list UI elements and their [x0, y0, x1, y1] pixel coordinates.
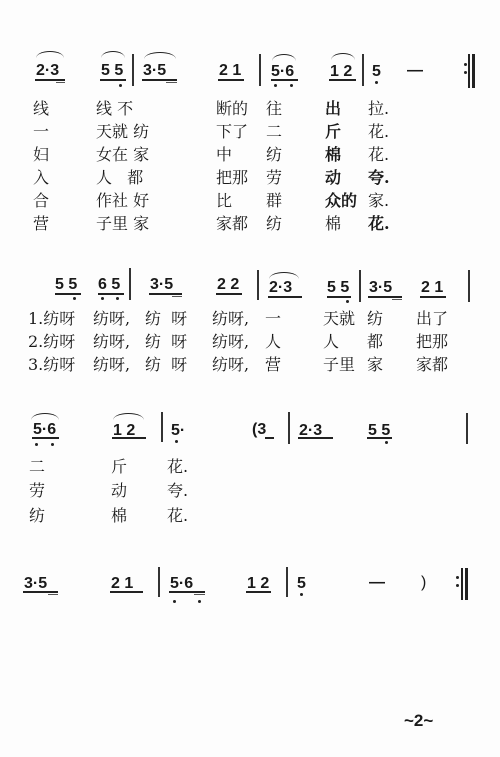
low-octave-dot [274, 84, 277, 87]
low-octave-dot [175, 440, 178, 443]
note: 5 [297, 575, 306, 593]
barline [158, 567, 160, 597]
repeat-end-barline [461, 568, 469, 600]
barline [468, 270, 470, 302]
barline [257, 270, 259, 300]
barline [129, 268, 131, 300]
repeat-dot [456, 576, 459, 579]
note-group: 2·3 [269, 279, 292, 297]
underline [194, 594, 205, 595]
underline [368, 296, 402, 298]
underline [98, 293, 124, 295]
slur [113, 413, 144, 420]
low-octave-dot [300, 593, 303, 596]
underline [329, 79, 356, 81]
underline [327, 296, 351, 298]
low-octave-dot [73, 297, 76, 300]
underline [218, 79, 244, 81]
underline [149, 293, 182, 295]
note-group: 3·5 [369, 279, 392, 297]
slur [269, 272, 299, 279]
slur [144, 52, 176, 59]
slur [272, 54, 296, 61]
low-octave-dot [198, 600, 201, 603]
underline [110, 591, 143, 593]
note-group: 3·5 [150, 276, 173, 294]
underline [392, 299, 402, 300]
low-octave-dot [35, 443, 38, 446]
underline [169, 591, 205, 593]
note-group: 2·3 [36, 62, 59, 80]
underline [367, 437, 392, 439]
page-number: ~2~ [404, 711, 433, 731]
underline [32, 437, 59, 439]
barline [132, 54, 134, 86]
dash: — [407, 62, 423, 80]
underline [246, 591, 271, 593]
low-octave-dot [385, 441, 388, 444]
underline [112, 437, 146, 439]
repeat-dot [464, 63, 467, 66]
barline [161, 412, 163, 442]
repeat-dot [464, 71, 467, 74]
low-octave-dot [119, 84, 122, 87]
low-octave-dot [346, 300, 349, 303]
low-octave-dot [290, 84, 293, 87]
low-octave-dot [51, 443, 54, 446]
underline [48, 594, 58, 595]
underline [55, 293, 81, 295]
low-octave-dot [101, 297, 104, 300]
barline [259, 54, 261, 86]
repeat-end-barline [468, 54, 476, 88]
underline [23, 591, 58, 593]
note: 5· [171, 422, 185, 440]
underline [268, 296, 302, 298]
note-group: 2 1 [219, 62, 241, 80]
note-group: 6 5 [98, 276, 120, 294]
note-group: 5 5 [101, 62, 123, 80]
underline [420, 296, 446, 298]
slur [31, 413, 59, 420]
slur [331, 53, 355, 60]
note-group: 3·5 [143, 62, 166, 80]
underline [35, 79, 65, 81]
dash: — [369, 574, 385, 592]
underline [265, 437, 274, 439]
note-group: 5 5 [55, 276, 77, 294]
note-group: 5 5 [327, 279, 349, 297]
low-octave-dot [173, 600, 176, 603]
underline [100, 79, 126, 81]
repeat-dot [456, 584, 459, 587]
note-group: 2 1 [421, 279, 443, 297]
close-paren: ) [421, 574, 426, 592]
barline [362, 54, 364, 86]
underline [172, 296, 182, 297]
low-octave-dot [375, 81, 378, 84]
low-octave-dot [116, 297, 119, 300]
barline [286, 567, 288, 597]
underline [298, 437, 333, 439]
barline [359, 270, 361, 302]
slur [101, 51, 125, 58]
note-group: 2 2 [217, 276, 239, 294]
underline [216, 293, 242, 295]
barline [288, 412, 290, 444]
barline [466, 413, 468, 444]
underline [56, 82, 65, 83]
underline [271, 79, 298, 81]
underline [166, 82, 177, 83]
underline [142, 79, 177, 81]
note: 5 [372, 63, 381, 81]
slur [36, 51, 64, 58]
